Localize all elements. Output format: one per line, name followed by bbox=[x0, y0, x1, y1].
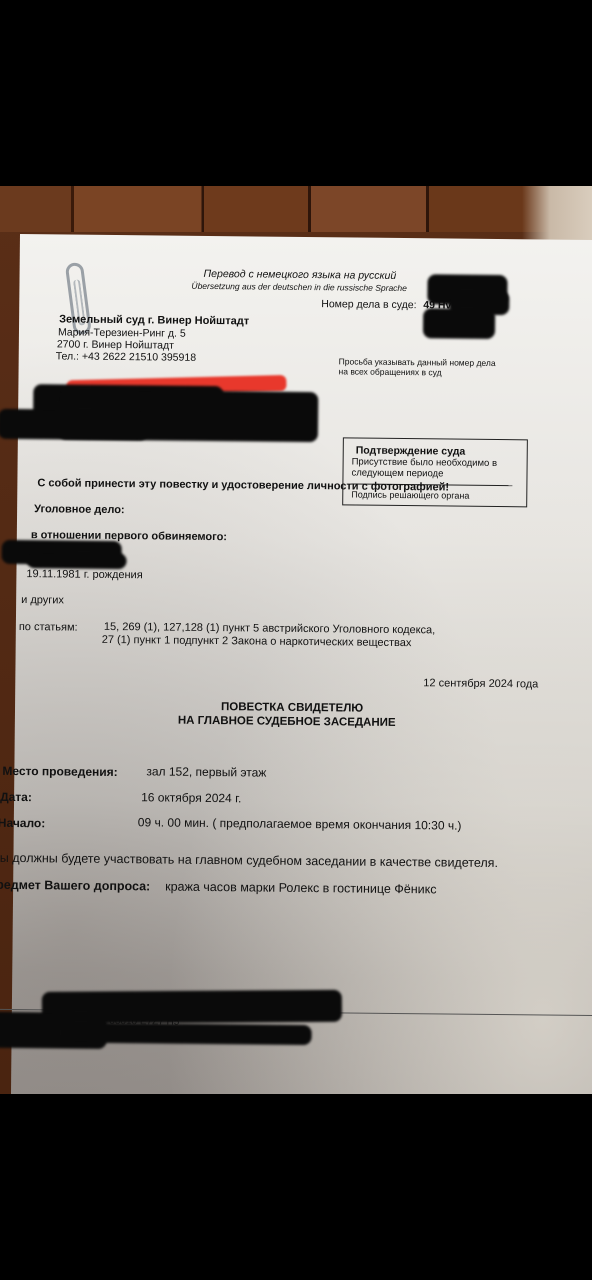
document-photo: Перевод с немецкого языка на русский Übe… bbox=[0, 186, 592, 1094]
reference-request-2: на всех обращениях в суд bbox=[339, 366, 442, 377]
document-date: 12 сентября 2024 года bbox=[423, 677, 538, 690]
date-label: Дата: bbox=[0, 790, 32, 804]
start-label: Начало: bbox=[0, 816, 45, 830]
title-line-1: ПОВЕСТКА СВИДЕТЕЛЮ bbox=[221, 701, 363, 714]
criminal-case-label: Уголовное дело: bbox=[34, 503, 125, 516]
date-value: 16 октября 2024 г. bbox=[141, 790, 241, 805]
translation-note-ru: Перевод с немецкого языка на русский bbox=[204, 268, 397, 282]
court-name: Земельный суд г. Винер Нойштадт bbox=[59, 313, 249, 327]
court-confirmation-box: Подтверждение суда Присутствие было необ… bbox=[342, 437, 528, 507]
summons-paper: Перевод с немецкого языка на русский Übe… bbox=[11, 234, 592, 1094]
redaction-mark bbox=[62, 1022, 312, 1045]
birth-date: 19.11.1981 г. рождения bbox=[26, 568, 142, 581]
subject-label: Предмет Вашего допроса: bbox=[0, 878, 150, 894]
location-value: зал 152, первый этаж bbox=[146, 764, 266, 779]
location-label: Место проведения: bbox=[2, 764, 117, 779]
and-others: и других bbox=[21, 594, 64, 606]
court-phone: Тел.: +43 2622 21510 395918 bbox=[56, 350, 196, 363]
redaction-mark bbox=[27, 552, 127, 569]
confirmation-title: Подтверждение суда bbox=[356, 445, 466, 458]
redaction-mark bbox=[423, 308, 495, 339]
case-number-label: Номер дела в суде: bbox=[321, 298, 416, 311]
subject-value: кража часов марки Ролекс в гостинице Фён… bbox=[165, 880, 437, 897]
wooden-table-background bbox=[0, 186, 592, 232]
articles-label: по статьям: bbox=[19, 621, 78, 634]
redaction-mark bbox=[0, 409, 148, 441]
title-line-2: НА ГЛАВНОЕ СУДЕБНОЕ ЗАСЕДАНИЕ bbox=[178, 715, 396, 729]
confirmation-text-2: следующем периоде bbox=[351, 467, 443, 479]
